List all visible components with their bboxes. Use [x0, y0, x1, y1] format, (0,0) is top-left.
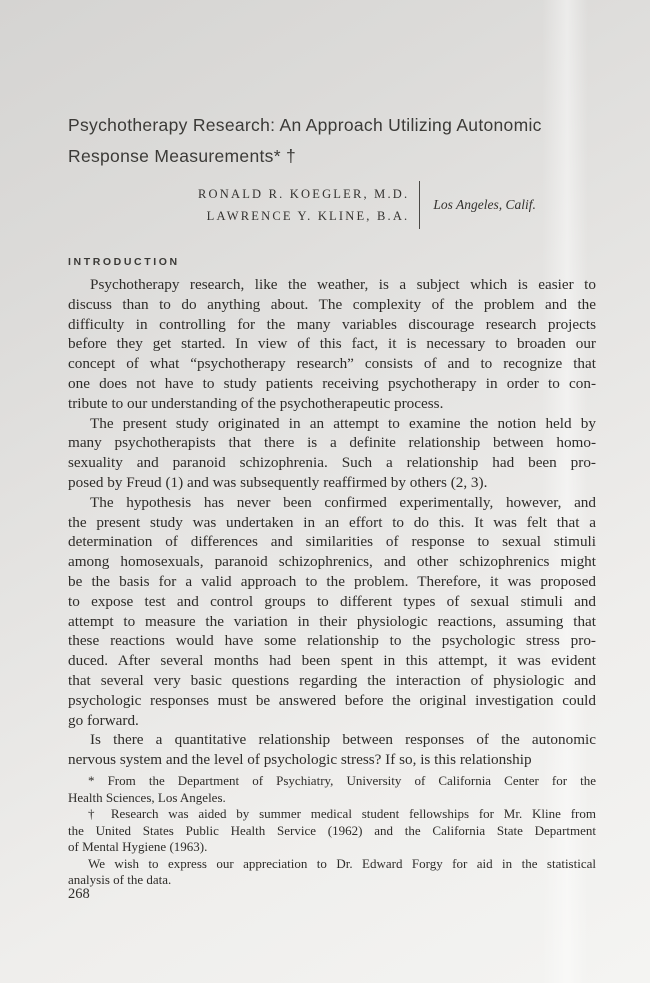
text-line: LAWRENCE Y. KLINE, B.A.	[198, 205, 409, 227]
text-line: nervous system and the level of psycholo…	[68, 750, 596, 770]
section-heading: INTRODUCTION	[68, 256, 596, 268]
text-line: go forward.	[68, 711, 596, 731]
author-names: RONALD R. KOEGLER, M.D.LAWRENCE Y. KLINE…	[198, 181, 409, 229]
text-line: duced. After several months had been spe…	[68, 651, 596, 671]
text-line: among homosexuals, paranoid schizophreni…	[68, 552, 596, 572]
scanned-journal-page: Psychotherapy Research: An Approach Util…	[0, 0, 650, 983]
page-number: 268	[68, 886, 90, 903]
byline-location: Los Angeles, Calif.	[420, 197, 536, 213]
paragraph: The hypothesis has never been confirmed …	[68, 493, 596, 731]
text-line: analysis of the data.	[68, 872, 596, 889]
text-line: that several very basic questions regard…	[68, 671, 596, 691]
footnote: * From the Department of Psychiatry, Uni…	[68, 773, 596, 806]
text-line: * From the Department of Psychiatry, Uni…	[68, 773, 596, 790]
text-line: sexuality and paranoid schizophrenia. Su…	[68, 453, 596, 473]
text-line: concept of what “psychotherapy research”…	[68, 354, 596, 374]
text-line: Psychotherapy research, like the weather…	[68, 275, 596, 295]
text-line: many psychotherapists that there is a de…	[68, 433, 596, 453]
text-line: Health Sciences, Los Angeles.	[68, 790, 596, 807]
text-line: before they get started. In view of this…	[68, 334, 596, 354]
paragraph: Is there a quantitative relationship bet…	[68, 730, 596, 770]
text-line: to expose test and control groups to dif…	[68, 592, 596, 612]
text-line: Response Measurements* †	[68, 141, 596, 172]
text-line: be the basis for a valid approach to the…	[68, 572, 596, 592]
text-line: † Research was aided by summer medical s…	[68, 806, 596, 823]
text-line: The hypothesis has never been confirmed …	[68, 493, 596, 513]
text-line: posed by Freud (1) and was subsequently …	[68, 473, 596, 493]
text-line: RONALD R. KOEGLER, M.D.	[198, 183, 409, 205]
footnote: † Research was aided by summer medical s…	[68, 806, 596, 856]
text-line: Psychotherapy Research: An Approach Util…	[68, 110, 596, 141]
text-line: tribute to our understanding of the psyc…	[68, 394, 596, 414]
paragraph: Psychotherapy research, like the weather…	[68, 275, 596, 414]
text-line: these reactions would have some relation…	[68, 631, 596, 651]
text-line: discuss than to do anything about. The c…	[68, 295, 596, 315]
text-line: Is there a quantitative relationship bet…	[68, 730, 596, 750]
text-line: of Mental Hygiene (1963).	[68, 839, 596, 856]
footnote: We wish to express our appreciation to D…	[68, 856, 596, 889]
article-body: Psychotherapy research, like the weather…	[68, 275, 596, 770]
text-line: attempt to measure the variation in thei…	[68, 612, 596, 632]
paragraph: The present study originated in an attem…	[68, 414, 596, 493]
page-content: Psychotherapy Research: An Approach Util…	[68, 110, 596, 889]
article-title: Psychotherapy Research: An Approach Util…	[68, 110, 596, 172]
text-line: the United States Public Health Service …	[68, 823, 596, 840]
text-line: psychologic responses must be answered b…	[68, 691, 596, 711]
text-line: one does not have to study patients rece…	[68, 374, 596, 394]
byline: RONALD R. KOEGLER, M.D.LAWRENCE Y. KLINE…	[198, 181, 596, 229]
text-line: the present study was undertaken in an e…	[68, 513, 596, 533]
text-line: determination of differences and similar…	[68, 532, 596, 552]
text-line: We wish to express our appreciation to D…	[68, 856, 596, 873]
footnotes: * From the Department of Psychiatry, Uni…	[68, 773, 596, 889]
text-line: difficulty in controlling for the many v…	[68, 315, 596, 335]
text-line: The present study originated in an attem…	[68, 414, 596, 434]
